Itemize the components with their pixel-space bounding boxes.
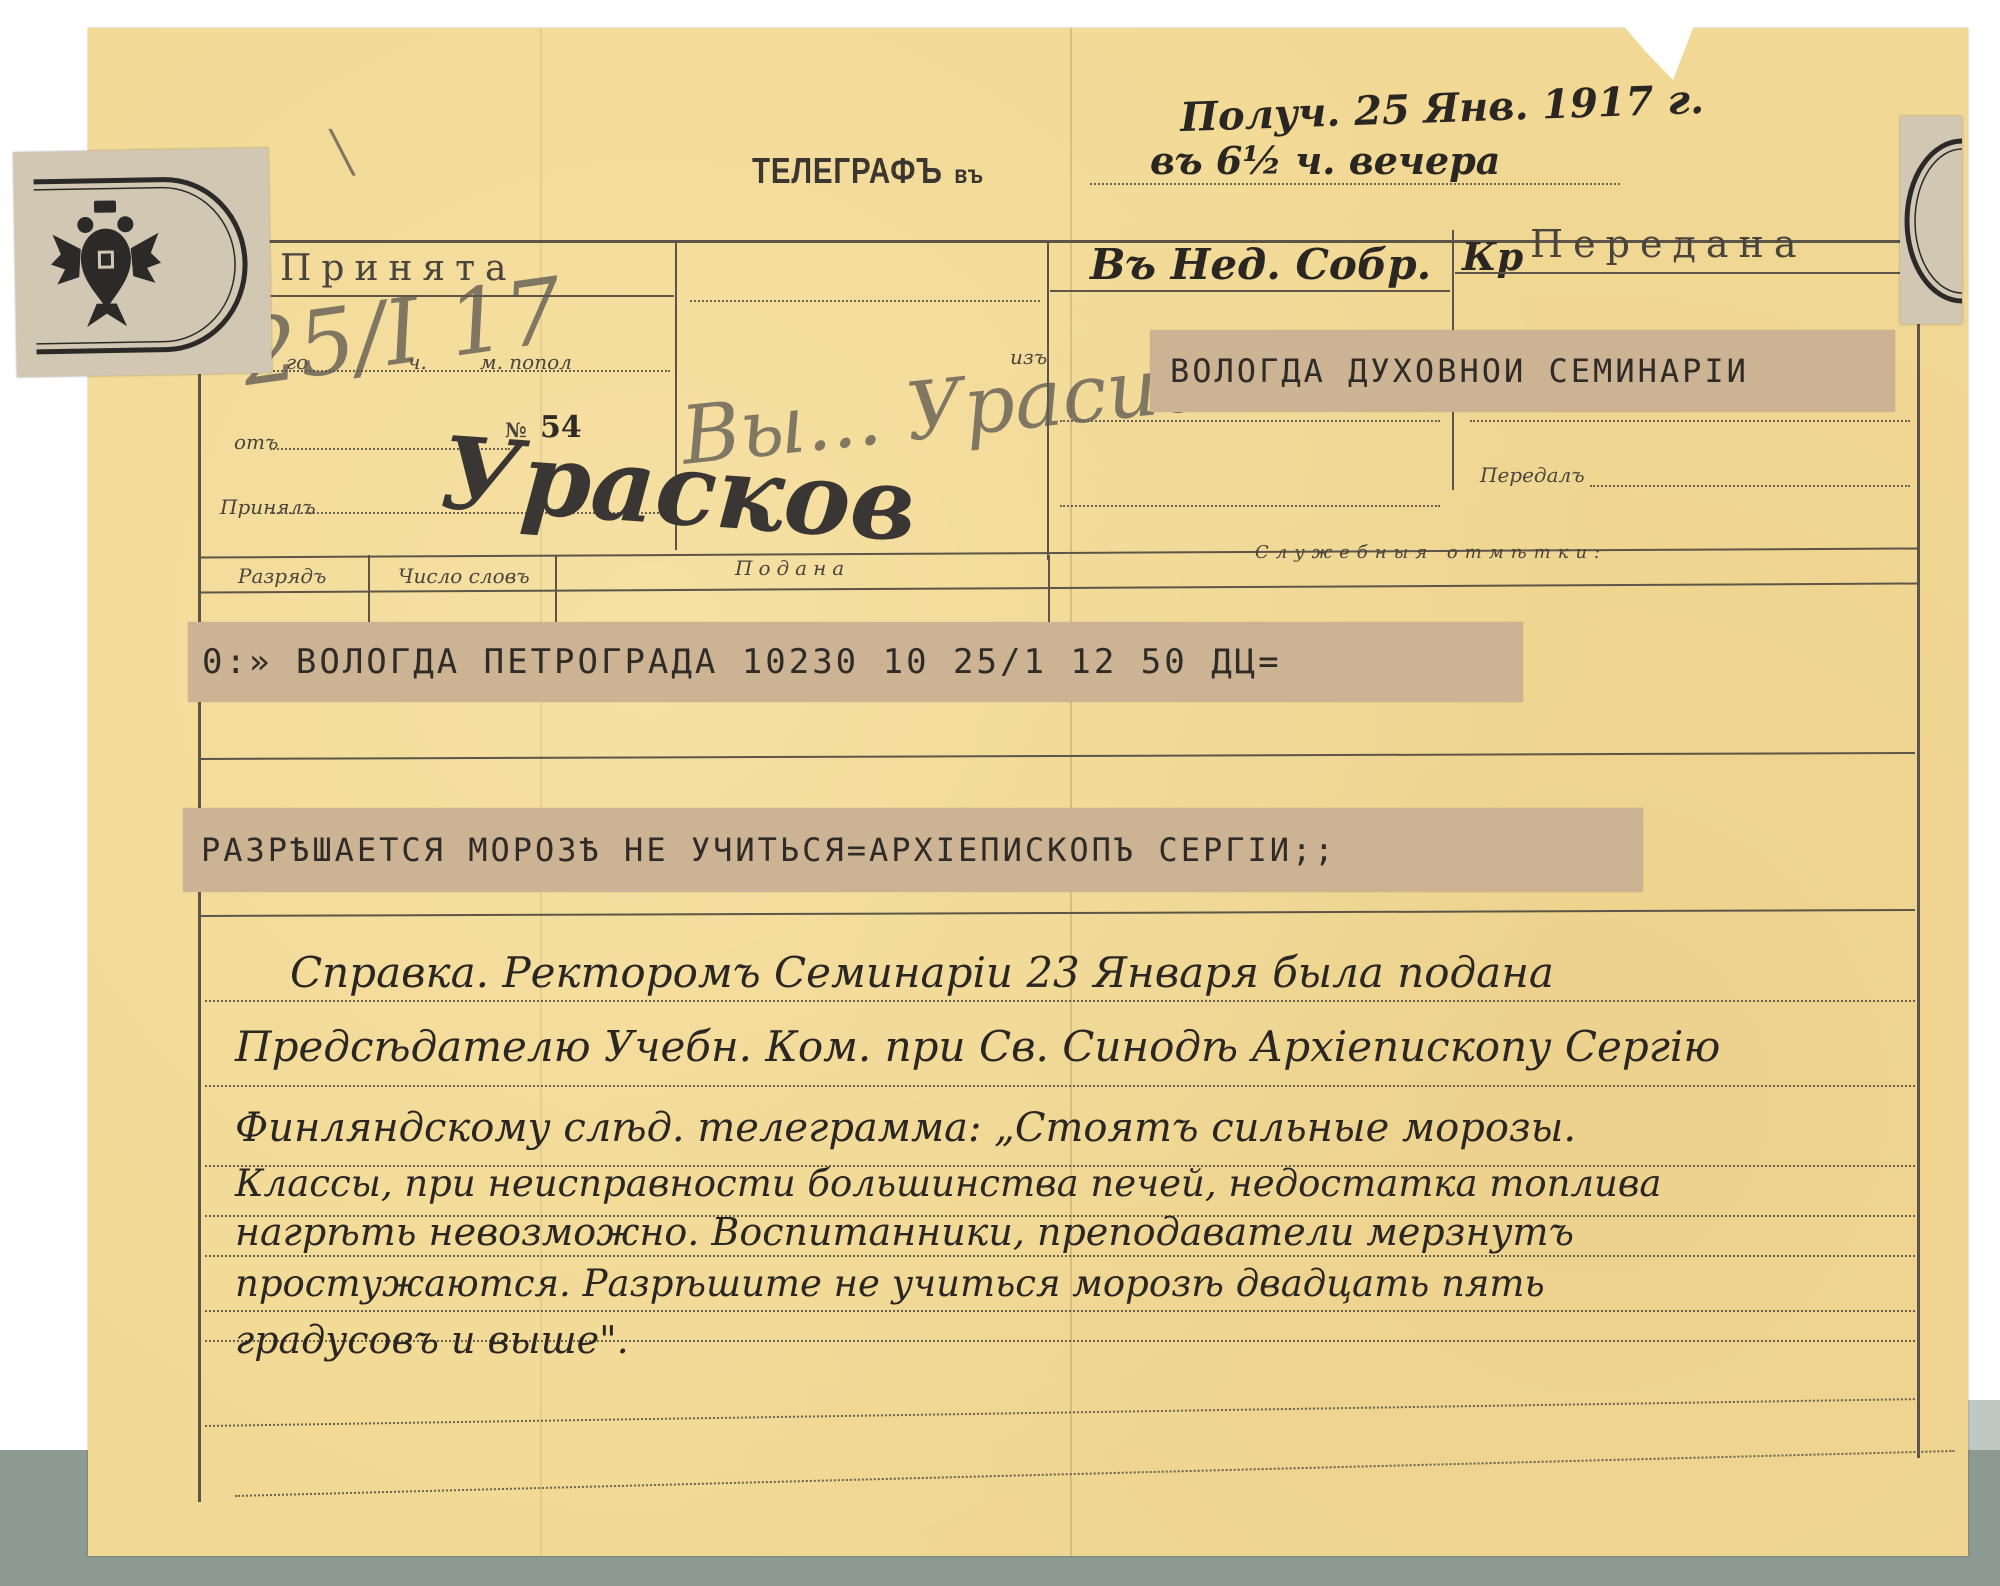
- note-line: градусовъ и выше".: [235, 1318, 629, 1362]
- received-note-line2: въ 6½ ч. вечера: [1150, 138, 1500, 183]
- header-underline: [1090, 183, 1620, 185]
- title-preposition: въ: [954, 159, 984, 189]
- sent-by-label: Передалъ: [1480, 463, 1585, 487]
- from-where-label: изъ: [1010, 345, 1047, 369]
- from-label: отъ: [234, 430, 278, 454]
- oval-emblem-icon: [1900, 116, 1962, 324]
- ruled-line: [205, 1000, 1915, 1002]
- note-line: Справка. Ректоромъ Семинарiи 23 Января б…: [290, 948, 1554, 997]
- ruled-line: [205, 1310, 1915, 1312]
- category-label: Разрядъ: [238, 564, 326, 588]
- message-tape: РАЗРѢШАЕТСЯ МОРОЗѢ НЕ УЧИТЬСЯ=АРХIЕПИСКО…: [183, 808, 1643, 892]
- destination-tape: ВОЛОГДА ДУХОВНОИ СЕМИНАРIИ: [1150, 330, 1895, 412]
- middle-line: [1060, 420, 1440, 422]
- ruled-line: [205, 1255, 1915, 1257]
- transmitted-rule: [1455, 272, 1915, 274]
- service-notes-label: Служебныя отмѣтки:: [1255, 542, 1607, 563]
- ruled-line: [205, 1085, 1915, 1087]
- middle-line: [690, 300, 1040, 302]
- form-right-border: [1917, 318, 1920, 1458]
- double-headed-eagle-icon: [50, 198, 162, 330]
- paper-fold: [1070, 28, 1072, 1556]
- title-text: ТЕЛЕГРАФЪ: [752, 150, 943, 191]
- transmitted-label: Передана: [1530, 222, 1806, 266]
- sent-by-line: [1590, 485, 1910, 487]
- routing-tape: 0:» ВОЛОГДА ПЕТРОГРАДА 10230 10 25/1 12 …: [188, 622, 1523, 702]
- telegraph-title: ТЕЛЕГРАФЪвъ: [752, 150, 984, 192]
- note-line: простужаются. Разрѣшите не учиться мороз…: [235, 1262, 1545, 1305]
- middle-rule: [1050, 290, 1450, 292]
- received-by-label: Принялъ: [220, 495, 316, 519]
- transmitted-line: [1470, 420, 1910, 422]
- submitted-label: Подана: [735, 556, 850, 580]
- middle-line: [1060, 505, 1440, 507]
- note-line: Предсѣдателю Учебн. Ком. при Св. Синодѣ …: [235, 1022, 1720, 1071]
- transmitted-note: Въ Нед. Собр.: [1090, 240, 1431, 289]
- word-count-label: Число словъ: [398, 564, 530, 588]
- note-line: нагрѣть невозможно. Воспитанники, препод…: [235, 1210, 1574, 1254]
- note-line: Финляндскому слѣд. телеграмма: „Стоятъ с…: [235, 1105, 1576, 1151]
- note-line: Классы, при неисправности большинства пе…: [235, 1162, 1661, 1205]
- pencil-mark: ╲: [330, 130, 354, 176]
- left-stamp: [13, 148, 272, 377]
- right-stamp: [1900, 116, 1962, 324]
